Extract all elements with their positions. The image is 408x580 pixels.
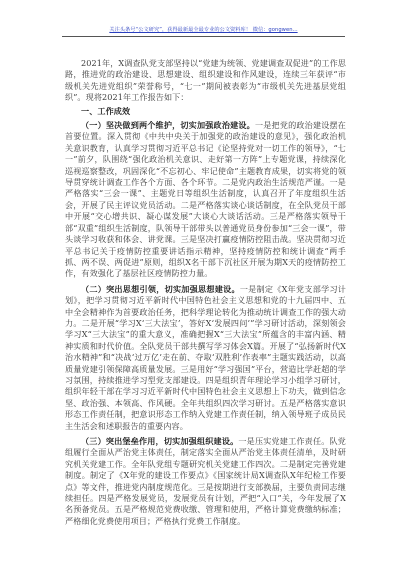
section-paragraph-2: （二）突出思想引领，切实加强思想建设。一是制定《X年党支部学习计划》，把学习贯彻… bbox=[65, 284, 346, 432]
section-paragraph-3: （三）突出堡垒作用，切实加强组织建设。一是压实党建工作责任。队党组履行全面从严治… bbox=[65, 436, 346, 527]
section-text-3: 一是压实党建工作责任。队党组履行全面从严治党主体责任，制定落实全面从严治党主体责… bbox=[65, 436, 346, 526]
header-banner-link[interactable]: 关注头条号“公文研究”，获得最新最全最专业的公文资料库！ 微信：gongwen.… bbox=[62, 26, 345, 33]
section-lead-3: （三）突出堡垒作用，切实加强组织建设。 bbox=[81, 436, 238, 446]
header-divider bbox=[62, 36, 345, 37]
intro-paragraph: 2021年，X调查队党支部坚持以“党建为统领、党建调查双促进”的工作思路，推进党… bbox=[65, 58, 346, 104]
document-page: 关注头条号“公文研究”，获得最新最全最专业的公文资料库！ 微信：gongwen.… bbox=[0, 0, 408, 580]
section-text-2: 一是制定《X年党支部学习计划》，把学习贯彻习近平新时代中国特色社会主义思想和党的… bbox=[65, 284, 346, 431]
section-text-1: 一是把党的政治建设摆在首要位置。深入贯彻《中共中央关于加强党的政治建设的意见》，… bbox=[65, 120, 346, 278]
section-lead-2: （二）突出思想引领，切实加强思想建设。 bbox=[81, 284, 240, 294]
section-heading: 一、工作成效 bbox=[65, 106, 346, 117]
section-paragraph-1: （一）坚决做到两个维护，切实加强政治建设。一是把党的政治建设摆在首要位置。深入贯… bbox=[65, 120, 346, 280]
document-body: 2021年，X调查队党支部坚持以“党建为统领、党建调查双促进”的工作思路，推进党… bbox=[65, 58, 346, 527]
section-lead-1: （一）坚决做到两个维护，切实加强政治建设。 bbox=[81, 120, 255, 130]
